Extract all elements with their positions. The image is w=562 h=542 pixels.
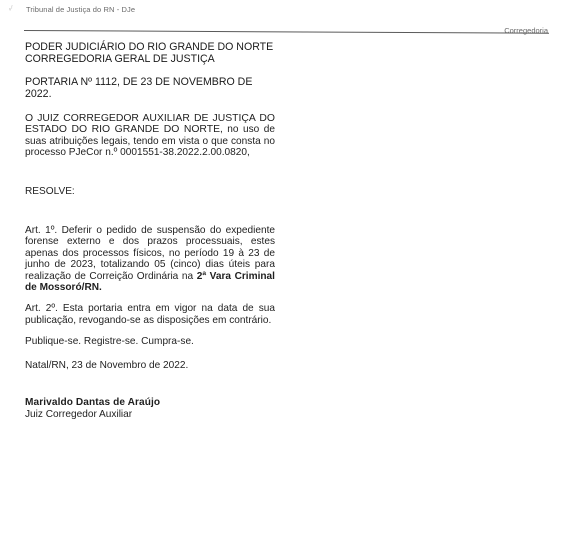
publication-order: Publique-se. Registre-se. Cumpra-se. bbox=[25, 336, 275, 347]
scan-artifact-mark: ᵥʳ bbox=[9, 5, 13, 12]
article-2: Art. 2º. Esta portaria entra em vigor na… bbox=[25, 303, 275, 326]
header-divider bbox=[24, 30, 549, 34]
header-publication-name: Tribunal de Justiça do RN - DJe bbox=[26, 5, 135, 14]
place-and-date: Natal/RN, 23 de Novembro de 2022. bbox=[25, 360, 275, 371]
article-1: Art. 1º. Deferir o pedido de suspensão d… bbox=[25, 225, 275, 293]
institution-line-1: PODER JUDICIÁRIO DO RIO GRANDE DO NORTE bbox=[25, 42, 275, 54]
header-section-name: Corregedoria bbox=[504, 26, 548, 35]
preamble-paragraph: O JUIZ CORREGEDOR AUXILIAR DE JUSTIÇA DO… bbox=[25, 113, 275, 159]
signatory-role: Juiz Corregedor Auxiliar bbox=[25, 409, 275, 420]
institution-line-2: CORREGEDORIA GERAL DE JUSTIÇA bbox=[25, 54, 275, 66]
portaria-title: PORTARIA Nº 1112, DE 23 DE NOVEMBRO DE 2… bbox=[25, 77, 275, 100]
signatory-name: Marivaldo Dantas de Araújo bbox=[25, 397, 275, 408]
resolve-heading: RESOLVE: bbox=[25, 186, 275, 197]
document-body: PODER JUDICIÁRIO DO RIO GRANDE DO NORTE … bbox=[25, 42, 275, 420]
